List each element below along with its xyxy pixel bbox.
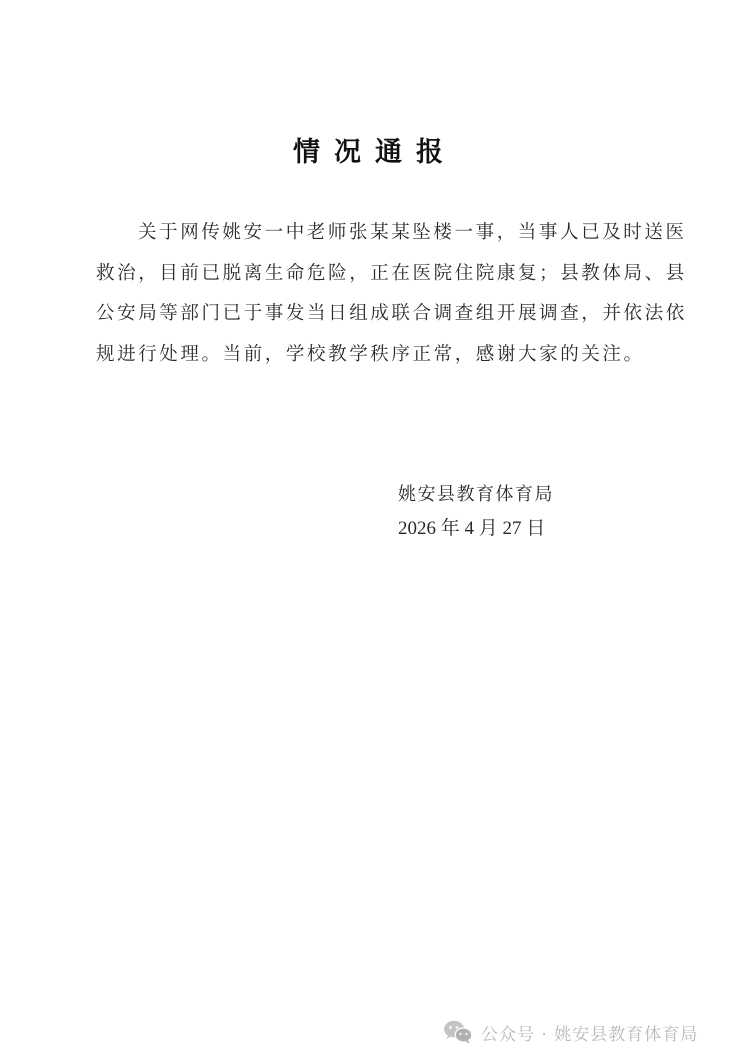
wechat-icon bbox=[443, 1020, 473, 1044]
body-line: 公安局等部门已于事发当日组成联合调查组开展调查，并依法依 bbox=[96, 294, 656, 335]
watermark-text: 公众号 · 姚安县教育体育局 bbox=[481, 1020, 698, 1045]
document-title: 情况通报 bbox=[0, 130, 750, 169]
body-line: 救治，目前已脱离生命危险，正在医院住院康复；县教体局、县 bbox=[96, 254, 656, 295]
signature-date: 2026 年 4 月 27 日 bbox=[398, 512, 554, 546]
wechat-watermark: 公众号 · 姚安县教育体育局 bbox=[443, 1018, 698, 1046]
signature-organization: 姚安县教育体育局 bbox=[398, 478, 554, 512]
signature-block: 姚安县教育体育局 2026 年 4 月 27 日 bbox=[398, 478, 554, 546]
body-line: 关于网传姚安一中老师张某某坠楼一事，当事人已及时送医 bbox=[96, 213, 656, 254]
document-body: 关于网传姚安一中老师张某某坠楼一事，当事人已及时送医 救治，目前已脱离生命危险，… bbox=[96, 213, 656, 375]
body-line: 规进行处理。当前，学校教学秩序正常，感谢大家的关注。 bbox=[96, 335, 656, 376]
